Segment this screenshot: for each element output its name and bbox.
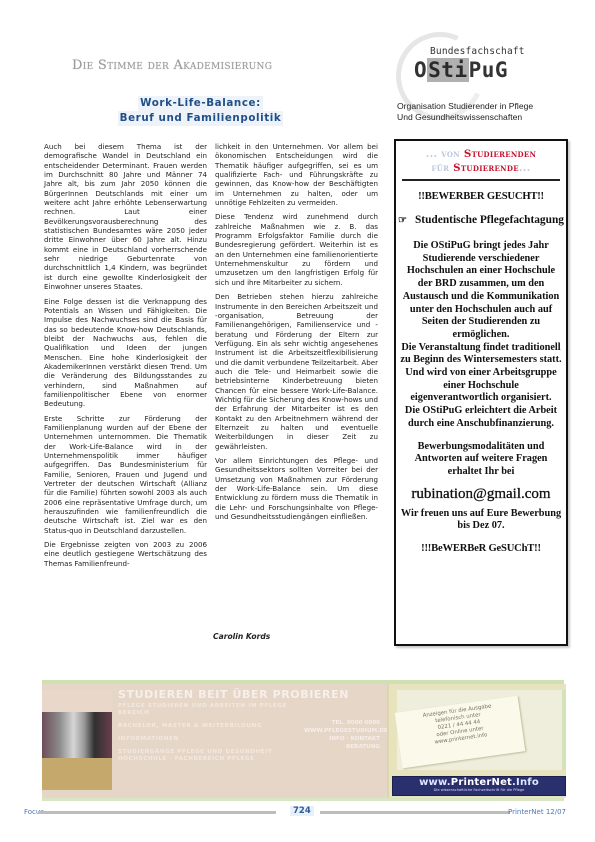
ad-line: HOCHSCHULE · FACHBEREICH PFLEGE: [118, 756, 368, 763]
logo-name-highlight: Sti: [427, 58, 468, 82]
page-footer: Focus 724 PrinterNet 12/07: [24, 806, 574, 820]
event-label: Studentische Pflegefachtagung: [415, 214, 564, 226]
ostipug-logo: Bundesfachschaft OStiPuG: [396, 18, 586, 98]
org-line: Und Gesundheitswissenschaften: [397, 112, 587, 123]
paragraph: Eine Folge dessen ist die Verknappung de…: [44, 297, 207, 409]
paragraph: Erste Schritte zur Förderung der Familie…: [44, 414, 207, 535]
logo-subtitle: Bundesfachschaft: [430, 46, 525, 57]
sidebox-text: Die OStiPuG bringt jedes Jahr Studierend…: [396, 240, 566, 342]
contact-email[interactable]: rubination@gmail.com: [396, 486, 566, 503]
article-column-1: Auch bei diesem Thema ist der demografis…: [44, 142, 207, 573]
event-name: ☞Studentische Pflegefachtagung: [396, 213, 566, 228]
call-for-applicants-box: ... von Studierenden für Studierende... …: [394, 139, 568, 646]
article-column-2: lichkeit in den Unternehmen. Vor allem b…: [215, 142, 378, 526]
applicants-wanted-footer: !!!BeWERBeR GeSUChT!!: [396, 543, 566, 554]
footer-issue: PrinterNet 12/07: [508, 808, 566, 816]
heading-prefix: für: [431, 162, 453, 174]
ad-contact-line: TEL. 0000 0000: [304, 719, 380, 727]
heading-accent: Studierende: [453, 162, 519, 174]
sidebox-text: Die Veranstaltung findet traditionell zu…: [396, 342, 566, 406]
organisation-name: Organisation Studierender in Pflege Und …: [397, 101, 587, 122]
pointing-hand-icon: ☞: [398, 215, 407, 226]
paragraph: Den Betrieben stehen hierzu zahlreiche I…: [215, 292, 378, 451]
brand-tld: .Info: [512, 777, 539, 788]
brand-tagline: Die wissenschaftliche Fachzeitschrift fü…: [393, 788, 565, 793]
sidebox-text: Die OStiPuG erleichtert die Arbeit durch…: [396, 405, 566, 430]
paragraph: lichkeit in den Unternehmen. Vor allem b…: [215, 142, 378, 207]
ad-contact: TEL. 0000 0000 WWW.PFLEGESTUDIUM.DE INFO…: [304, 719, 380, 751]
ad-line: PFLEGE STUDIEREN UND ARBEITEN IM PFLEGE: [118, 703, 368, 710]
paragraph: Diese Tendenz wird zunehmend durch zahlr…: [215, 212, 378, 287]
advertisement-banner[interactable]: STUDIEREN BEIT ÜBER PROBIEREN PFLEGE STU…: [42, 680, 564, 801]
sidebox-heading: ... von Studierenden für Studierende...: [402, 147, 560, 181]
article-title-line1: Work-Life-Balance:: [138, 96, 263, 111]
printernet-brand-link[interactable]: www.PrinterNet.Info Die wissenschaftlich…: [392, 776, 566, 796]
ad-line: BEREICH: [118, 710, 368, 717]
ad-photo: [42, 690, 112, 790]
ad-headline: STUDIEREN BEIT ÜBER PROBIEREN: [118, 688, 368, 701]
org-line: Organisation Studierender in Pflege: [397, 101, 587, 112]
ad-contact-line: INFO · KONTAKT: [304, 735, 380, 743]
heading-accent: Studierenden: [464, 148, 536, 160]
ad-people-image: [42, 712, 112, 758]
page-number: 724: [290, 806, 314, 816]
footer-rule: [320, 811, 510, 814]
ad-contact-line: WWW.PFLEGESTUDIUM.DE: [304, 727, 380, 735]
brand-name: PrinterNet: [451, 777, 512, 788]
article-author: Carolin Kords: [213, 632, 270, 641]
sidebox-text: Bewerbungsmodalitäten und Antworten auf …: [396, 441, 566, 479]
article-title: Work-Life-Balance: Beruf und Familienpol…: [88, 96, 313, 126]
heading-suffix: ...: [519, 162, 531, 174]
paragraph: Vor allem Einrichtungen des Pflege- und …: [215, 456, 378, 521]
ad-contact-line: BERATUNG: [304, 743, 380, 751]
logo-name-part: O: [414, 58, 427, 82]
applicants-wanted: !!BEWERBER GESUCHT!!: [396, 191, 566, 202]
heading-prefix: ... von: [426, 148, 464, 160]
section-title: Die Stimme der Akademisierung: [72, 58, 342, 73]
paragraph: Die Ergebnisse zeigten von 2003 zu 2006 …: [44, 540, 207, 568]
deadline-text: Wir freuen uns auf Eure Bewerbung bis De…: [396, 508, 566, 533]
paragraph: Auch bei diesem Thema ist der demografis…: [44, 142, 207, 292]
logo-name: OStiPuG: [414, 58, 508, 82]
logo-name-part: PuG: [469, 58, 508, 82]
footer-rule: [38, 811, 276, 814]
article-title-line2: Beruf und Familienpolitik: [118, 111, 284, 126]
brand-www: www.: [419, 777, 451, 788]
